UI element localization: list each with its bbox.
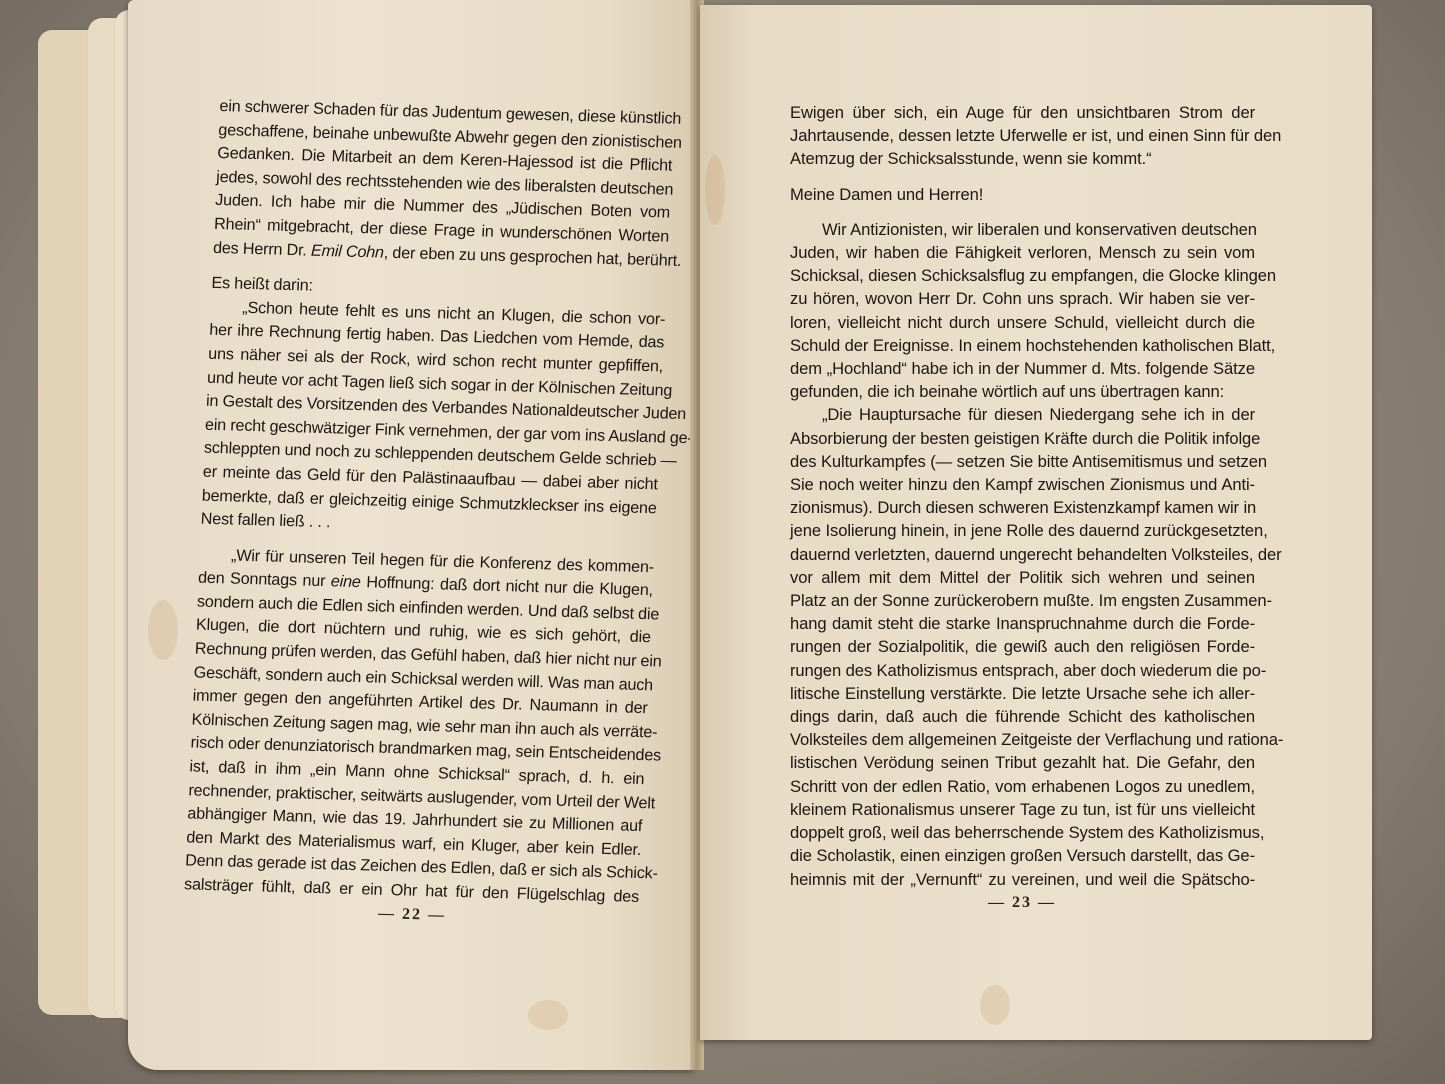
italic-name: Emil Cohn	[311, 241, 385, 261]
text-line: zu hören, wovon Herr Dr. Cohn uns sprach…	[790, 287, 1255, 310]
text-line: „Die Hauptursache für diesen Niedergang …	[790, 403, 1255, 426]
text-line: des Kulturkampfes (— setzen Sie bitte An…	[790, 450, 1255, 473]
page-number: — 23 —	[988, 894, 1056, 912]
foxing-stain	[980, 985, 1010, 1025]
left-page-text: ein schwerer Schaden für das Judentum ge…	[184, 95, 675, 910]
text-line: Wir Antizionisten, wir liberalen und kon…	[790, 218, 1255, 241]
text-line: hang damit steht die starke Inanspruchna…	[790, 612, 1255, 635]
text-line: Schuld der Ereignisse. In einem hochsteh…	[790, 334, 1255, 357]
text-line: dem „Hochland“ habe ich in der Nummer d.…	[790, 357, 1255, 380]
text-line: Volksteiles dem allgemeinen Zeitgeiste d…	[790, 728, 1255, 751]
page-number: — 22 —	[378, 905, 446, 925]
right-page-text: Ewigen über sich, ein Auge für den unsic…	[790, 101, 1255, 891]
text-line: listischen Verödung seinen Tribut gezahl…	[790, 751, 1255, 774]
foxing-stain	[705, 155, 725, 225]
text-line: Ewigen über sich, ein Auge für den unsic…	[790, 101, 1255, 124]
text-line: Atemzug der Schicksalsstunde, wenn sie k…	[790, 147, 1255, 170]
foxing-stain	[528, 1000, 568, 1030]
text-span: den Sonntags nur	[198, 569, 332, 591]
text-span: des Herrn Dr.	[213, 238, 312, 259]
text-line: rungen des Katholizismus entsprach, aber…	[790, 659, 1255, 682]
text-line: gefunden, die ich beinahe wörtlich auf u…	[790, 380, 1255, 403]
text-line: kleinem Rationalismus unserer Tage zu tu…	[790, 798, 1255, 821]
text-line: Absorbierung der besten geistigen Kräfte…	[790, 427, 1255, 450]
text-line: zionismus). Durch diesen schweren Existe…	[790, 496, 1255, 519]
text-line: dauernd verletzten, dauernd ungerecht be…	[790, 543, 1255, 566]
text-line: heimnis mit der „Vernunft“ zu vereinen, …	[790, 868, 1255, 891]
text-line: rungen der Sozialpolitik, die gewiß auch…	[790, 635, 1255, 658]
text-line: Platz an der Sonne zurückerobern mußte. …	[790, 589, 1255, 612]
italic-word: eine	[330, 573, 361, 592]
text-line: Schicksal, diesen Schicksalsflug zu empf…	[790, 264, 1255, 287]
right-page: Ewigen über sich, ein Auge für den unsic…	[700, 5, 1372, 1040]
text-line: Jahrtausende, dessen letzte Uferwelle er…	[790, 124, 1255, 147]
left-page: ein schwerer Schaden für das Judentum ge…	[128, 0, 693, 1070]
text-line: dings darin, daß auch die führende Schic…	[790, 705, 1255, 728]
text-line: doppelt groß, weil das beherrschende Sys…	[790, 821, 1255, 844]
text-line: jene Isolierung hinein, in jene Rolle de…	[790, 519, 1255, 542]
foxing-stain	[148, 600, 178, 660]
text-line: die Scholastik, einen einzigen großen Ve…	[790, 844, 1255, 867]
text-line: litische Einstellung verstärkte. Die let…	[790, 682, 1255, 705]
text-line: Schritt von der edlen Ratio, vom erhaben…	[790, 775, 1255, 798]
text-line: loren, vielleicht nicht durch unsere Sch…	[790, 311, 1255, 334]
text-line: vor allem mit dem Mittel der Politik sic…	[790, 566, 1255, 589]
text-line: Meine Damen und Herren!	[790, 183, 1255, 206]
text-line: Juden, wir haben die Fähigkeit verloren,…	[790, 241, 1255, 264]
text-line: Sie noch weiter hinzu den Kampf zwischen…	[790, 473, 1255, 496]
